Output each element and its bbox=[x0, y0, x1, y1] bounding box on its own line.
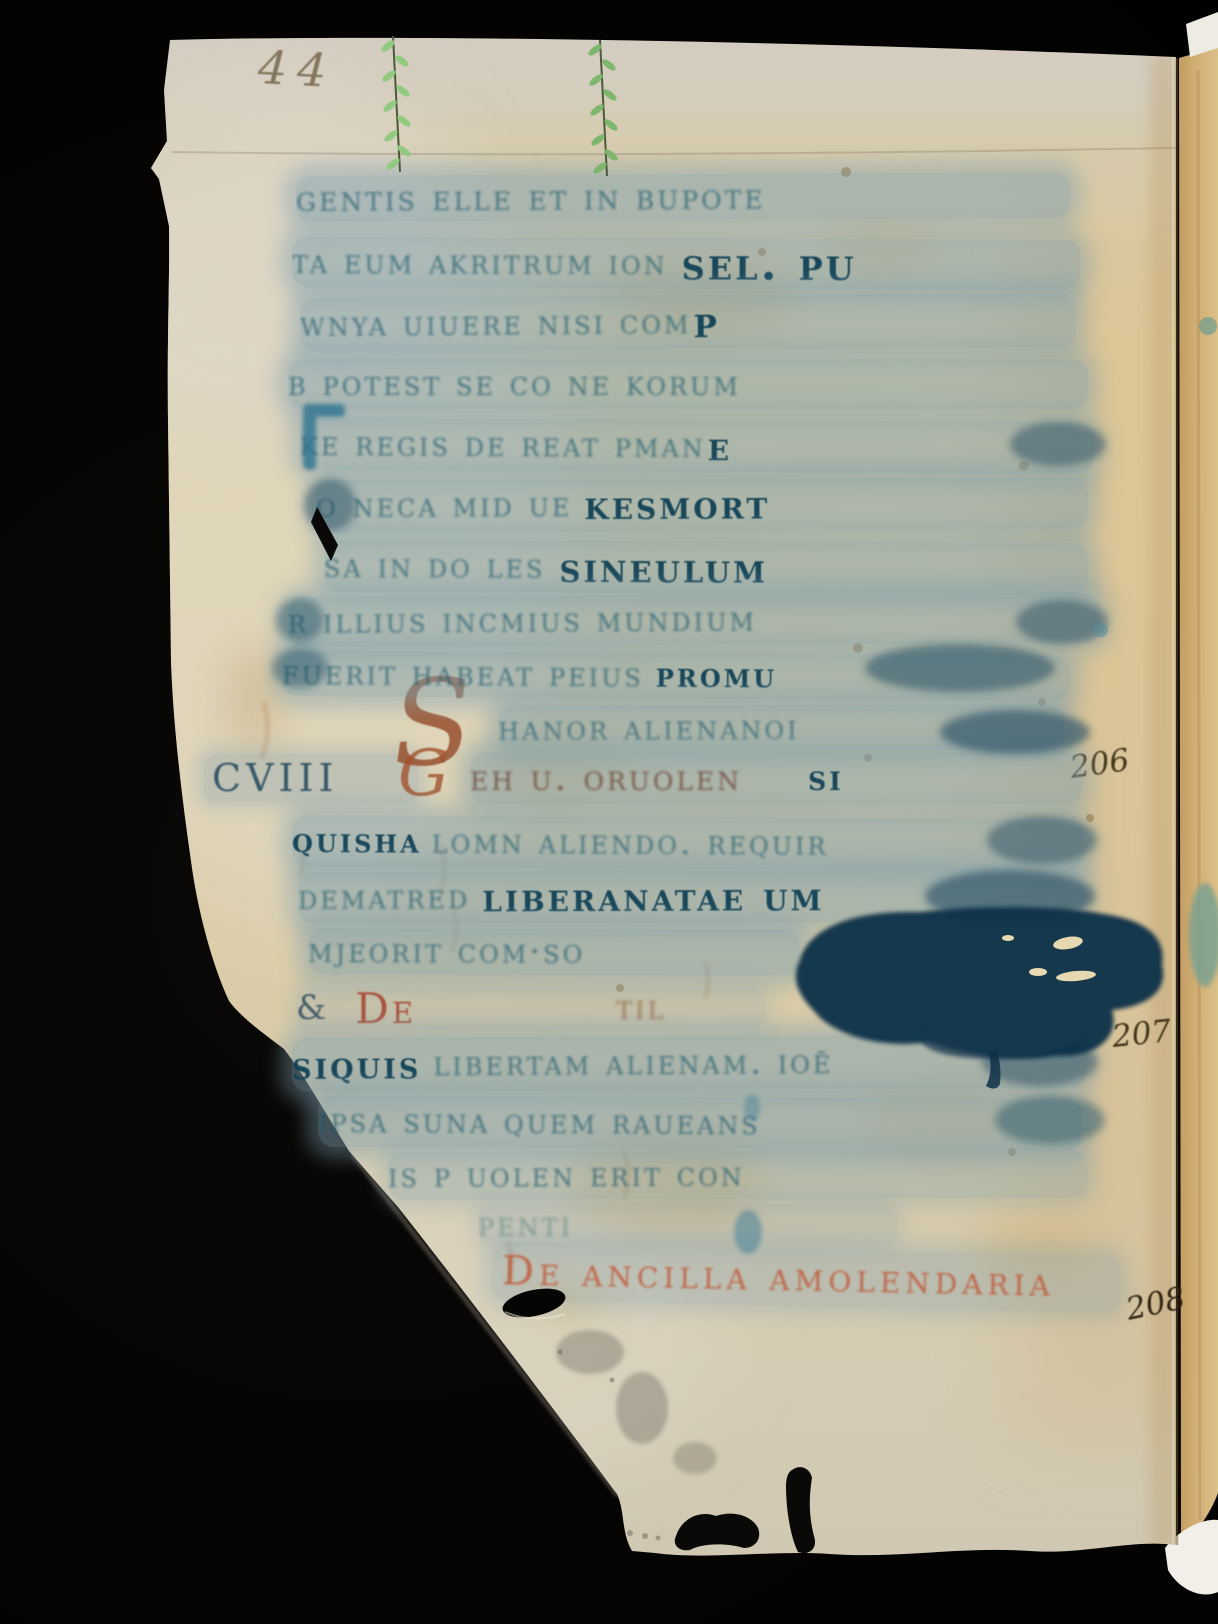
ink-blot-vertical bbox=[786, 1467, 815, 1553]
text-line-dark: sel. pu bbox=[682, 237, 857, 290]
text-line-text: b potest se co ne korum bbox=[288, 364, 741, 404]
text-line: siquis libertam alienam. ioē bbox=[292, 1034, 1086, 1092]
text-line-text: sa in do les bbox=[324, 546, 546, 587]
text-line: gentis elle et in bupote bbox=[296, 172, 1070, 222]
text-line-text: ipsa suna quem raueans bbox=[318, 1101, 761, 1143]
text-line-text: dematred bbox=[298, 877, 470, 918]
text-line: dematred liberanatae um bbox=[298, 869, 1084, 924]
margin-number-207: 207 bbox=[1110, 1013, 1173, 1055]
adjacent-folio-edge bbox=[1179, 47, 1218, 1547]
fold-crease bbox=[172, 148, 1176, 154]
teal-spot-adjacent-leaf bbox=[1189, 883, 1218, 987]
text-line-text: ke regis de reat pman bbox=[300, 424, 706, 466]
text-line: ta eum akritrum ion sel. pu bbox=[292, 237, 1080, 290]
teal-spot-adjacent-leaf bbox=[1199, 317, 1217, 335]
stitch-repair-left bbox=[380, 36, 413, 172]
folio-number: 44 bbox=[257, 40, 338, 98]
text-line-text: mjeorit com·so bbox=[308, 931, 585, 972]
text-line: mjeorit com·so bbox=[308, 928, 800, 976]
text-line-dark: siquis bbox=[292, 1042, 422, 1088]
text-line-text: libertam alienam. ioē bbox=[433, 1042, 833, 1084]
grey-dots bbox=[558, 1350, 661, 1541]
text-line: wnya uiuere nisi com p bbox=[300, 293, 1076, 352]
text-line-text: til bbox=[616, 988, 666, 1028]
adjacent-folio-streak bbox=[1198, 70, 1200, 1520]
text-line-text: penti bbox=[478, 1205, 573, 1245]
text-line-dark: si bbox=[808, 757, 844, 799]
text-line-red: De bbox=[355, 986, 416, 1030]
manuscript-photograph: 44 CVIII 206 207 208 S G gentis elle et … bbox=[0, 0, 1218, 1624]
text-line-dark: quisha bbox=[292, 821, 422, 862]
text-line-dark: kesmort bbox=[584, 481, 770, 529]
text-line-dark: p bbox=[693, 297, 720, 348]
text-line-text: is p uolen erit con bbox=[388, 1155, 745, 1196]
text-line-dark: e bbox=[708, 423, 733, 470]
stitch-repair-right bbox=[587, 40, 620, 176]
paper-sliver-bottom bbox=[1165, 1520, 1218, 1595]
text-line: sa in do les sineulum bbox=[324, 540, 1088, 595]
text-line-text: hanor alienanoi bbox=[498, 708, 800, 749]
text-line-dark: sineulum bbox=[559, 542, 768, 592]
text-line: penti bbox=[478, 1204, 898, 1246]
text-line-text: o neca mid ue bbox=[316, 485, 572, 526]
text-line: ipsa suna quem raueans bbox=[318, 1095, 1082, 1151]
text-line: r illius incmius mundium bbox=[288, 593, 1100, 647]
text-line: fuerit habeat peius promu bbox=[282, 650, 1070, 702]
text-line: hanor alienanoi bbox=[498, 704, 1064, 752]
stain-brown bbox=[225, 645, 285, 755]
grey-speckle-stain bbox=[556, 1330, 717, 1474]
text-line-prefix: & bbox=[296, 988, 329, 1028]
text-line-dark: liberanatae um bbox=[482, 873, 824, 921]
rubricated-initial-secondary: G bbox=[398, 742, 449, 806]
text-line: b potest se co ne korum bbox=[288, 359, 1088, 409]
ink-blot-horizontal bbox=[675, 1514, 759, 1551]
text-line-text: lomn aliendo. requir bbox=[432, 822, 829, 864]
text-line: quisha lomn aliendo. requir bbox=[292, 815, 1084, 871]
text-line-dark: promu bbox=[656, 656, 778, 697]
paper-sliver-top bbox=[1186, 12, 1218, 57]
text-line-text: eh u. oruolen bbox=[470, 758, 742, 799]
margin-number-208: 208 bbox=[1123, 1280, 1188, 1328]
rubric-line: De ancilla amolendaria bbox=[491, 1242, 1120, 1313]
rubric-text: De ancilla amolendaria bbox=[502, 1248, 1056, 1306]
text-line: eh u. oruolen si bbox=[470, 752, 1082, 804]
text-line-text: gentis elle et in bupote bbox=[296, 176, 766, 219]
blot-parchment-specks bbox=[1002, 934, 1096, 982]
chapter-number-text: CVIII bbox=[212, 756, 339, 800]
text-line-text: wnya uiuere nisi com bbox=[300, 302, 692, 345]
shade-near-crease bbox=[1150, 57, 1178, 1547]
text-line: o neca mid ue kesmort bbox=[316, 477, 1088, 532]
text-line-text: ta eum akritrum ion bbox=[292, 242, 668, 283]
text-line-text: fuerit habeat peius bbox=[282, 653, 644, 696]
text-line-text: r illius incmius mundium bbox=[288, 600, 757, 642]
text-line: is p uolen erit con bbox=[388, 1150, 1088, 1200]
text-line: & De til bbox=[296, 986, 766, 1030]
chapter-number: CVIII bbox=[204, 754, 418, 802]
text-line: ke regis de reat pman e bbox=[300, 418, 1094, 474]
